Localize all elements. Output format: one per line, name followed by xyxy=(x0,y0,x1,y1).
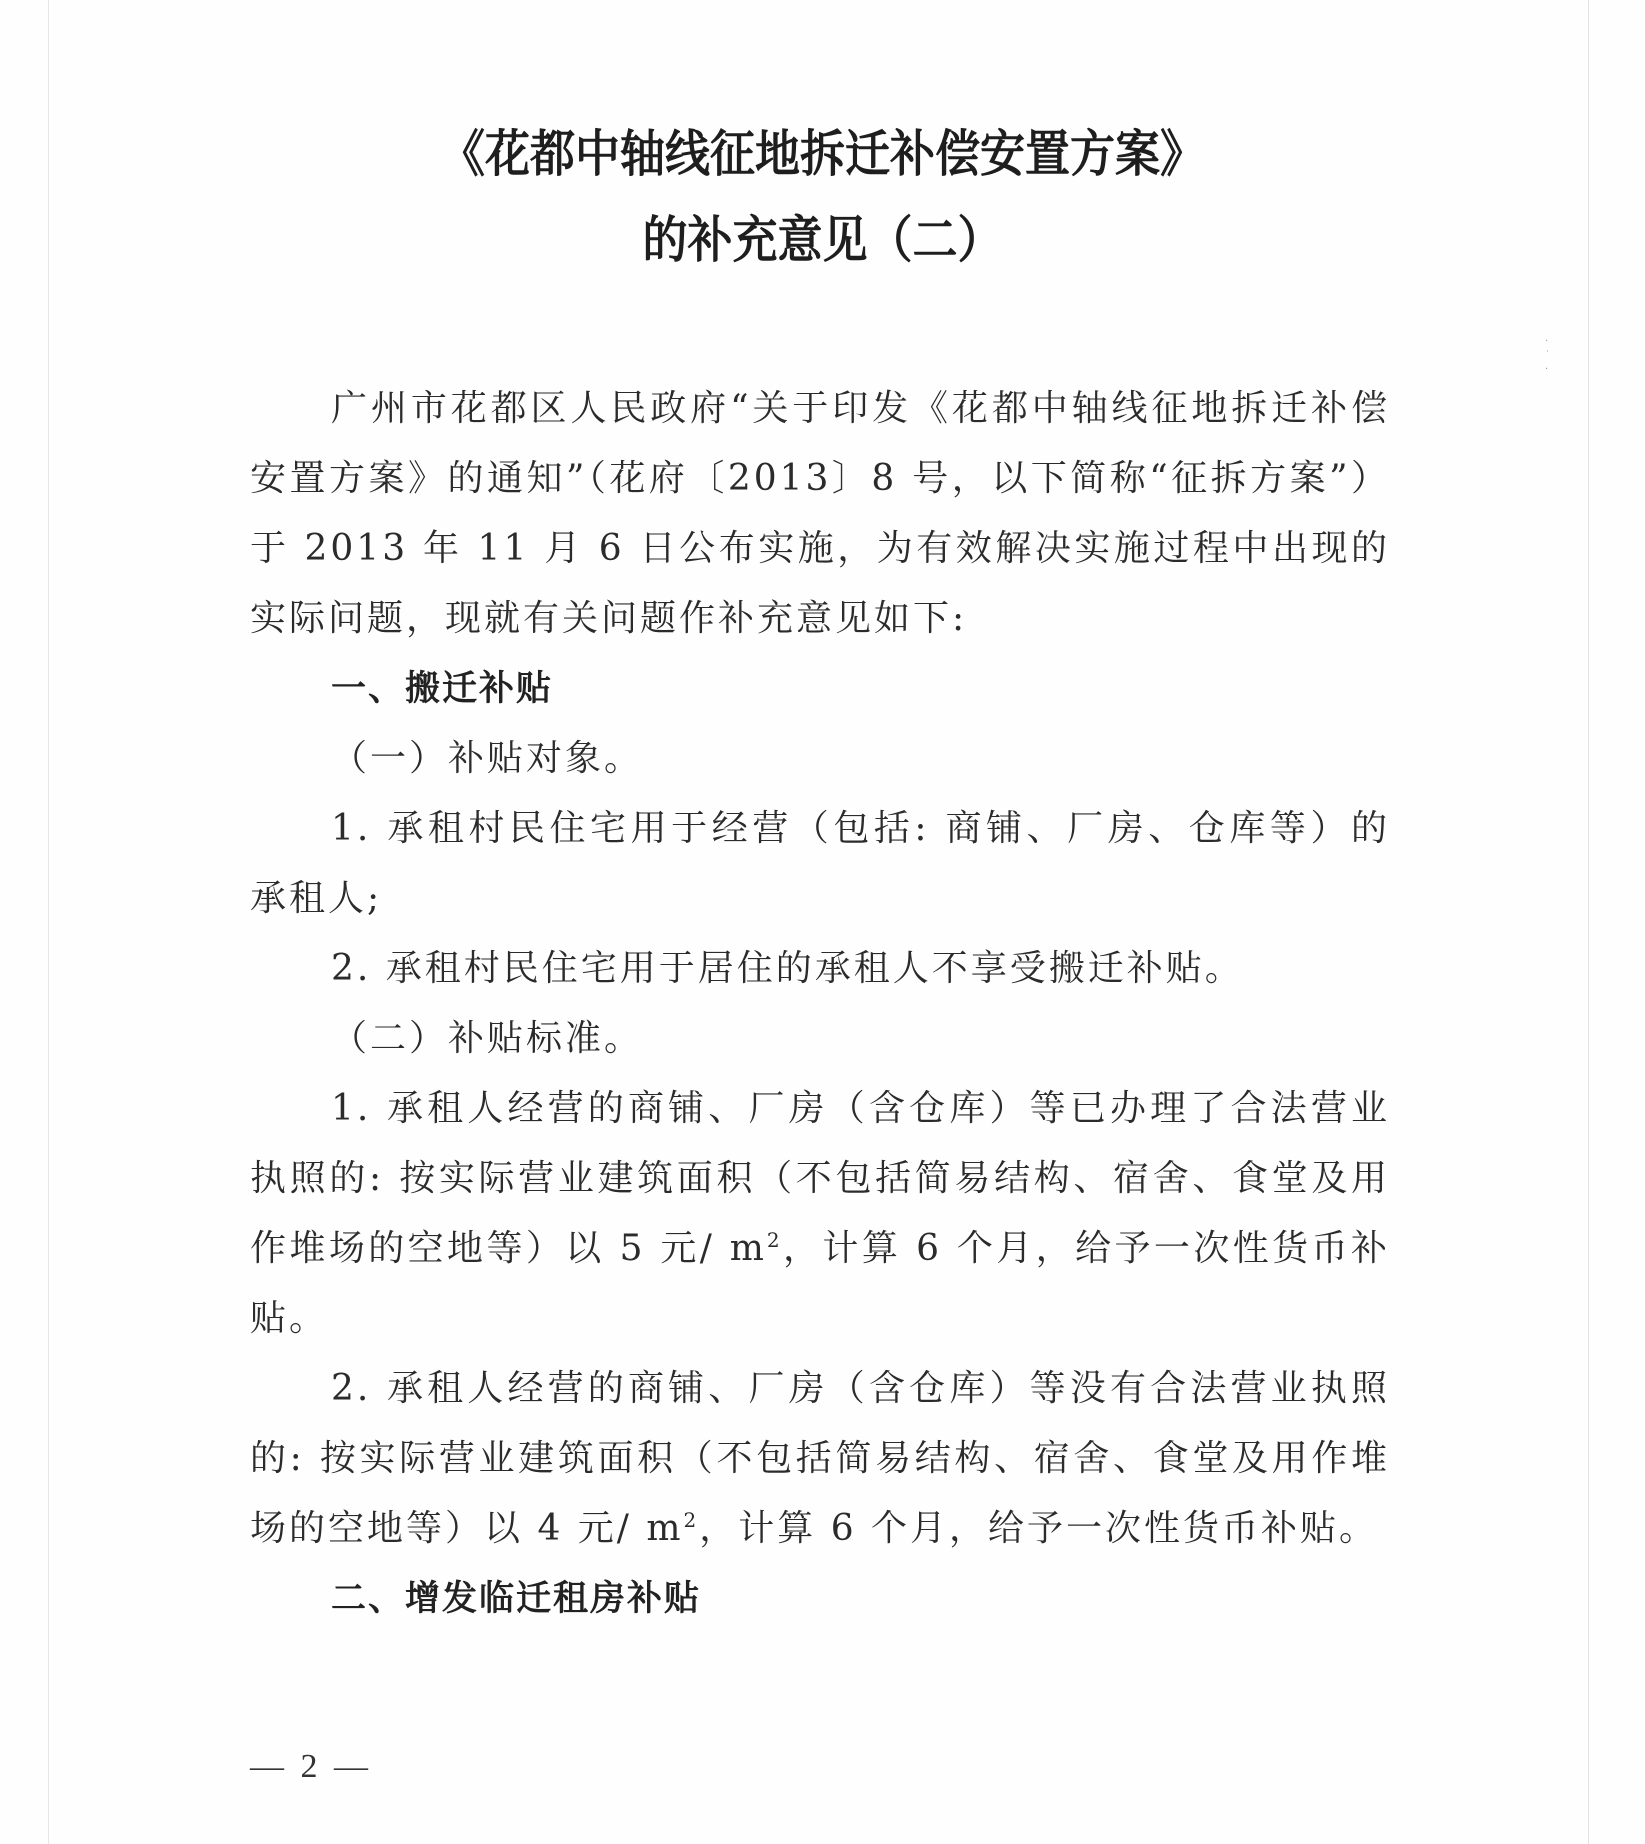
intro-paragraph: 广州市花都区人民政府“关于印发《花都中轴线征地拆迁补偿安置方案》的通知”（花府〔… xyxy=(250,374,1390,654)
list-item-licensed-rate: 1. 承租人经营的商铺、厂房（含仓库）等已办理了合法营业执照的: 按实际营业建筑… xyxy=(250,1074,1390,1354)
scan-edge-right xyxy=(1588,0,1589,1844)
scan-edge-left xyxy=(48,0,49,1844)
subsection-heading-subsidy-targets: （一）补贴对象。 xyxy=(250,724,1390,794)
section-heading-temporary-rent-subsidy: 二、增发临迁租房补贴 xyxy=(250,1564,1390,1634)
document-page: ·˙· 《花都中轴线征地拆迁补偿安置方案》 的补充意见（二） 广州市花都区人民政… xyxy=(0,0,1645,1844)
subsection-heading-subsidy-standards: （二）补贴标准。 xyxy=(250,1004,1390,1074)
list-item-unlicensed-rate: 2. 承租人经营的商铺、厂房（含仓库）等没有合法营业执照的: 按实际营业建筑面积… xyxy=(250,1354,1390,1564)
document-body: 广州市花都区人民政府“关于印发《花都中轴线征地拆迁补偿安置方案》的通知”（花府〔… xyxy=(250,374,1390,1634)
superscript: 2 xyxy=(684,1508,700,1532)
item-text: ，计算 6 个月，给予一次性货币补贴。 xyxy=(699,1508,1378,1549)
list-item: 1. 承租村民住宅用于经营（包括: 商铺、厂房、仓库等）的承租人; xyxy=(250,794,1390,934)
document-title-line1: 《花都中轴线征地拆迁补偿安置方案》 xyxy=(82,124,1563,184)
scan-noise-marks: ·˙· xyxy=(1545,335,1561,425)
section-heading-relocation-subsidy: 一、搬迁补贴 xyxy=(250,654,1390,724)
list-item: 2. 承租村民住宅用于居住的承租人不享受搬迁补贴。 xyxy=(250,934,1390,1004)
page-number: — 2 — xyxy=(250,1748,372,1786)
superscript: 2 xyxy=(767,1228,783,1252)
document-title-line2: 的补充意见（二） xyxy=(82,210,1563,270)
